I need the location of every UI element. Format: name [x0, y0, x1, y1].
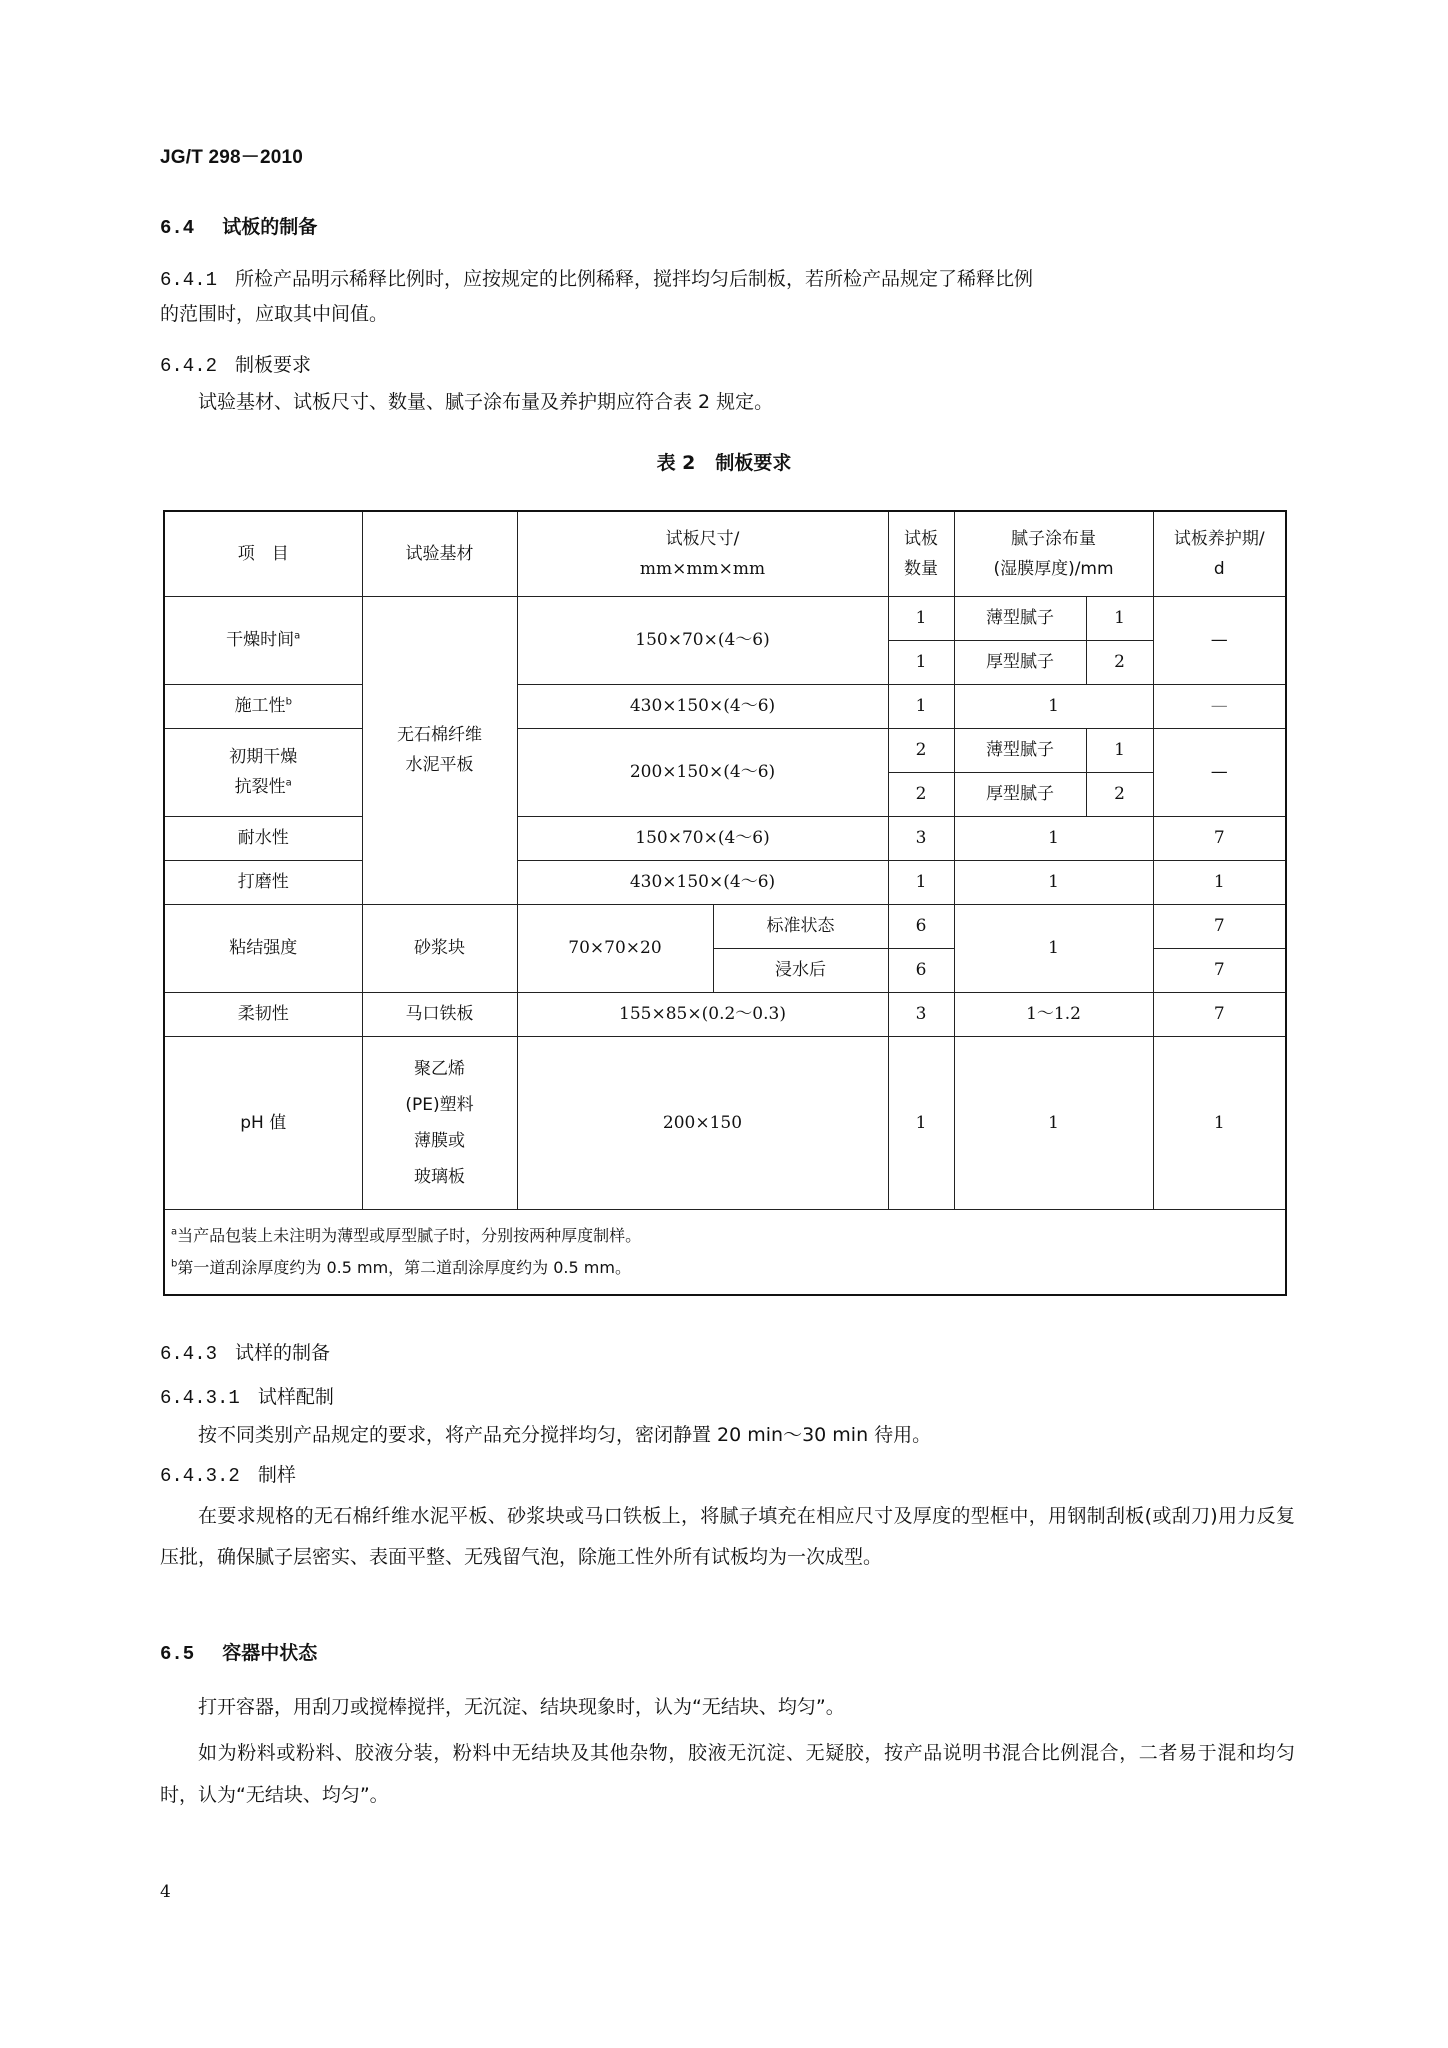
section-6-4-3-2-text: 在要求规格的无石棉纤维水泥平板、砂浆块或马口铁板上，将腻子填充在相应尺寸及厚度的…	[160, 1496, 1295, 1578]
cell-condition: 标准状态	[713, 904, 888, 948]
section-6-4-3-1-text: 按不同类别产品规定的要求，将产品充分搅拌均匀，密闭静置 20 min～30 mi…	[198, 1418, 1333, 1452]
cell-cure: 1	[1153, 860, 1286, 904]
section-6-5-para1: 打开容器，用刮刀或搅棒搅拌，无沉淀、结块现象时，认为“无结块、均匀”。	[160, 1690, 1295, 1724]
cell-cure: —	[1153, 684, 1286, 728]
table-row-bond-strength: 粘结强度 砂浆块 70×70×20 标准状态 6 1 7	[164, 904, 1286, 948]
section-6-4-3-heading: 6.4.3试样的制备	[160, 1338, 330, 1365]
header-quantity: 试板数量	[888, 511, 954, 596]
cell-substrate: 砂浆块	[362, 904, 517, 992]
cell-coat: 1	[954, 904, 1153, 992]
cell-cure: 7	[1153, 948, 1286, 992]
section-6-4-3-2-heading: 6.4.3.2制样	[160, 1460, 296, 1487]
section-6-4-3-1-heading: 6.4.3.1试样配制	[160, 1382, 334, 1409]
cell-coat: 1	[954, 816, 1153, 860]
section-6-4-2-text: 试验基材、试板尺寸、数量、腻子涂布量及养护期应符合表 2 规定。	[198, 385, 1333, 419]
cell-type: 厚型腻子	[954, 640, 1086, 684]
cell-size: 150×70×(4～6)	[517, 596, 888, 684]
cell-type: 厚型腻子	[954, 772, 1086, 816]
section-number: 6.4.3.2	[160, 1465, 240, 1487]
cell-qty: 3	[888, 992, 954, 1036]
section-6-4-2-heading: 6.4.2制板要求	[160, 350, 311, 377]
cell-item: 打磨性	[164, 860, 362, 904]
cell-condition: 浸水后	[713, 948, 888, 992]
cell-cure: 7	[1153, 904, 1286, 948]
cell-item: 初期干燥抗裂性a	[164, 728, 362, 816]
cell-coat: 1	[954, 1036, 1153, 1209]
table-title: 制板要求	[715, 452, 791, 474]
cell-qty: 3	[888, 816, 954, 860]
cell-qty: 1	[888, 684, 954, 728]
cell-cure: —	[1153, 596, 1286, 684]
cell-coat: 1～1.2	[954, 992, 1153, 1036]
cell-coat: 1	[954, 860, 1153, 904]
section-number: 6.4.2	[160, 355, 217, 377]
section-number: 6.4.3	[160, 1343, 217, 1365]
cell-type: 薄型腻子	[954, 596, 1086, 640]
table-number: 表 2	[657, 452, 696, 474]
cell-item: 柔韧性	[164, 992, 362, 1036]
section-title: 试样的制备	[235, 1342, 330, 1364]
plate-requirements-table: 项 目 试验基材 试板尺寸/mm×mm×mm 试板数量 腻子涂布量(湿膜厚度)/…	[163, 510, 1287, 1296]
table-row-ph: pH 值 聚乙烯(PE)塑料 薄膜或玻璃板 200×150 1 1 1	[164, 1036, 1286, 1209]
paragraph-line: 的范围时，应取其中间值。	[160, 297, 1295, 331]
cell-coat: 1	[954, 684, 1153, 728]
section-title: 容器中状态	[222, 1642, 317, 1664]
cell-qty: 2	[888, 772, 954, 816]
cell-size: 200×150×(4～6)	[517, 728, 888, 816]
section-title: 试板的制备	[222, 216, 317, 238]
table-caption: 表 2制板要求	[0, 448, 1448, 475]
cell-size: 150×70×(4～6)	[517, 816, 888, 860]
cell-coat: 1	[1086, 596, 1153, 640]
standard-code: JG/T 298－2010	[160, 142, 303, 169]
cell-cure: 1	[1153, 1036, 1286, 1209]
header-curing: 试板养护期/d	[1153, 511, 1286, 596]
section-6-4-1: 6.4.1所检产品明示稀释比例时，应按规定的比例稀释，搅拌均匀后制板，若所检产品…	[160, 262, 1295, 331]
header-size: 试板尺寸/mm×mm×mm	[517, 511, 888, 596]
page-number: 4	[160, 1882, 171, 1902]
cell-coat: 2	[1086, 772, 1153, 816]
cell-item: pH 值	[164, 1036, 362, 1209]
cell-qty: 6	[888, 904, 954, 948]
cell-item: 耐水性	[164, 816, 362, 860]
table-footnotes: a当产品包装上未注明为薄型或厚型腻子时，分别按两种厚度制样。 b第一道刮涂厚度约…	[164, 1209, 1286, 1295]
cell-size: 430×150×(4～6)	[517, 860, 888, 904]
cell-substrate-shared: 无石棉纤维水泥平板	[362, 596, 517, 904]
table-row-crack-resistance: 初期干燥抗裂性a 200×150×(4～6) 2 薄型腻子 1 —	[164, 728, 1286, 772]
section-number: 6.4.1	[160, 269, 217, 291]
cell-substrate: 马口铁板	[362, 992, 517, 1036]
section-number: 6.4	[160, 217, 194, 239]
cell-size: 155×85×(0.2～0.3)	[517, 992, 888, 1036]
cell-cure: 7	[1153, 992, 1286, 1036]
footnote-a: a当产品包装上未注明为薄型或厚型腻子时，分别按两种厚度制样。	[171, 1220, 1285, 1252]
cell-qty: 2	[888, 728, 954, 772]
cell-coat: 1	[1086, 728, 1153, 772]
section-6-4-heading: 6.4试板的制备	[160, 212, 317, 239]
cell-substrate: 聚乙烯(PE)塑料 薄膜或玻璃板	[362, 1036, 517, 1209]
header-substrate: 试验基材	[362, 511, 517, 596]
table-row-water-resistance: 耐水性 150×70×(4～6) 3 1 7	[164, 816, 1286, 860]
section-title: 制板要求	[235, 354, 311, 376]
section-6-5-heading: 6.5容器中状态	[160, 1638, 317, 1665]
cell-size: 200×150	[517, 1036, 888, 1209]
section-title: 制样	[258, 1464, 296, 1486]
table-row-sanding: 打磨性 430×150×(4～6) 1 1 1	[164, 860, 1286, 904]
table-row-flexibility: 柔韧性 马口铁板 155×85×(0.2～0.3) 3 1～1.2 7	[164, 992, 1286, 1036]
section-6-5-para2: 如为粉料或粉料、胶液分装，粉料中无结块及其他杂物，胶液无沉淀、无疑胶，按产品说明…	[160, 1732, 1295, 1816]
cell-qty: 1	[888, 596, 954, 640]
cell-qty: 1	[888, 640, 954, 684]
cell-cure: 7	[1153, 816, 1286, 860]
paragraph-line: 所检产品明示稀释比例时，应按规定的比例稀释，搅拌均匀后制板，若所检产品规定了稀释…	[235, 268, 1033, 290]
header-coating: 腻子涂布量(湿膜厚度)/mm	[954, 511, 1153, 596]
cell-item: 粘结强度	[164, 904, 362, 992]
cell-item: 施工性b	[164, 684, 362, 728]
cell-coat: 2	[1086, 640, 1153, 684]
cell-qty: 1	[888, 1036, 954, 1209]
table-row-workability: 施工性b 430×150×(4～6) 1 1 —	[164, 684, 1286, 728]
cell-cure: —	[1153, 728, 1286, 816]
footnote-b: b第一道刮涂厚度约为 0.5 mm，第二道刮涂厚度约为 0.5 mm。	[171, 1252, 1285, 1284]
cell-size: 70×70×20	[517, 904, 713, 992]
cell-item: 干燥时间a	[164, 596, 362, 684]
section-number: 6.5	[160, 1643, 194, 1665]
cell-qty: 6	[888, 948, 954, 992]
section-title: 试样配制	[258, 1386, 334, 1408]
cell-qty: 1	[888, 860, 954, 904]
table-header-row: 项 目 试验基材 试板尺寸/mm×mm×mm 试板数量 腻子涂布量(湿膜厚度)/…	[164, 511, 1286, 596]
cell-type: 薄型腻子	[954, 728, 1086, 772]
table-notes-row: a当产品包装上未注明为薄型或厚型腻子时，分别按两种厚度制样。 b第一道刮涂厚度约…	[164, 1209, 1286, 1295]
section-number: 6.4.3.1	[160, 1387, 240, 1409]
cell-size: 430×150×(4～6)	[517, 684, 888, 728]
table-row-dry-time: 干燥时间a 无石棉纤维水泥平板 150×70×(4～6) 1 薄型腻子 1 —	[164, 596, 1286, 640]
header-item: 项 目	[164, 511, 362, 596]
